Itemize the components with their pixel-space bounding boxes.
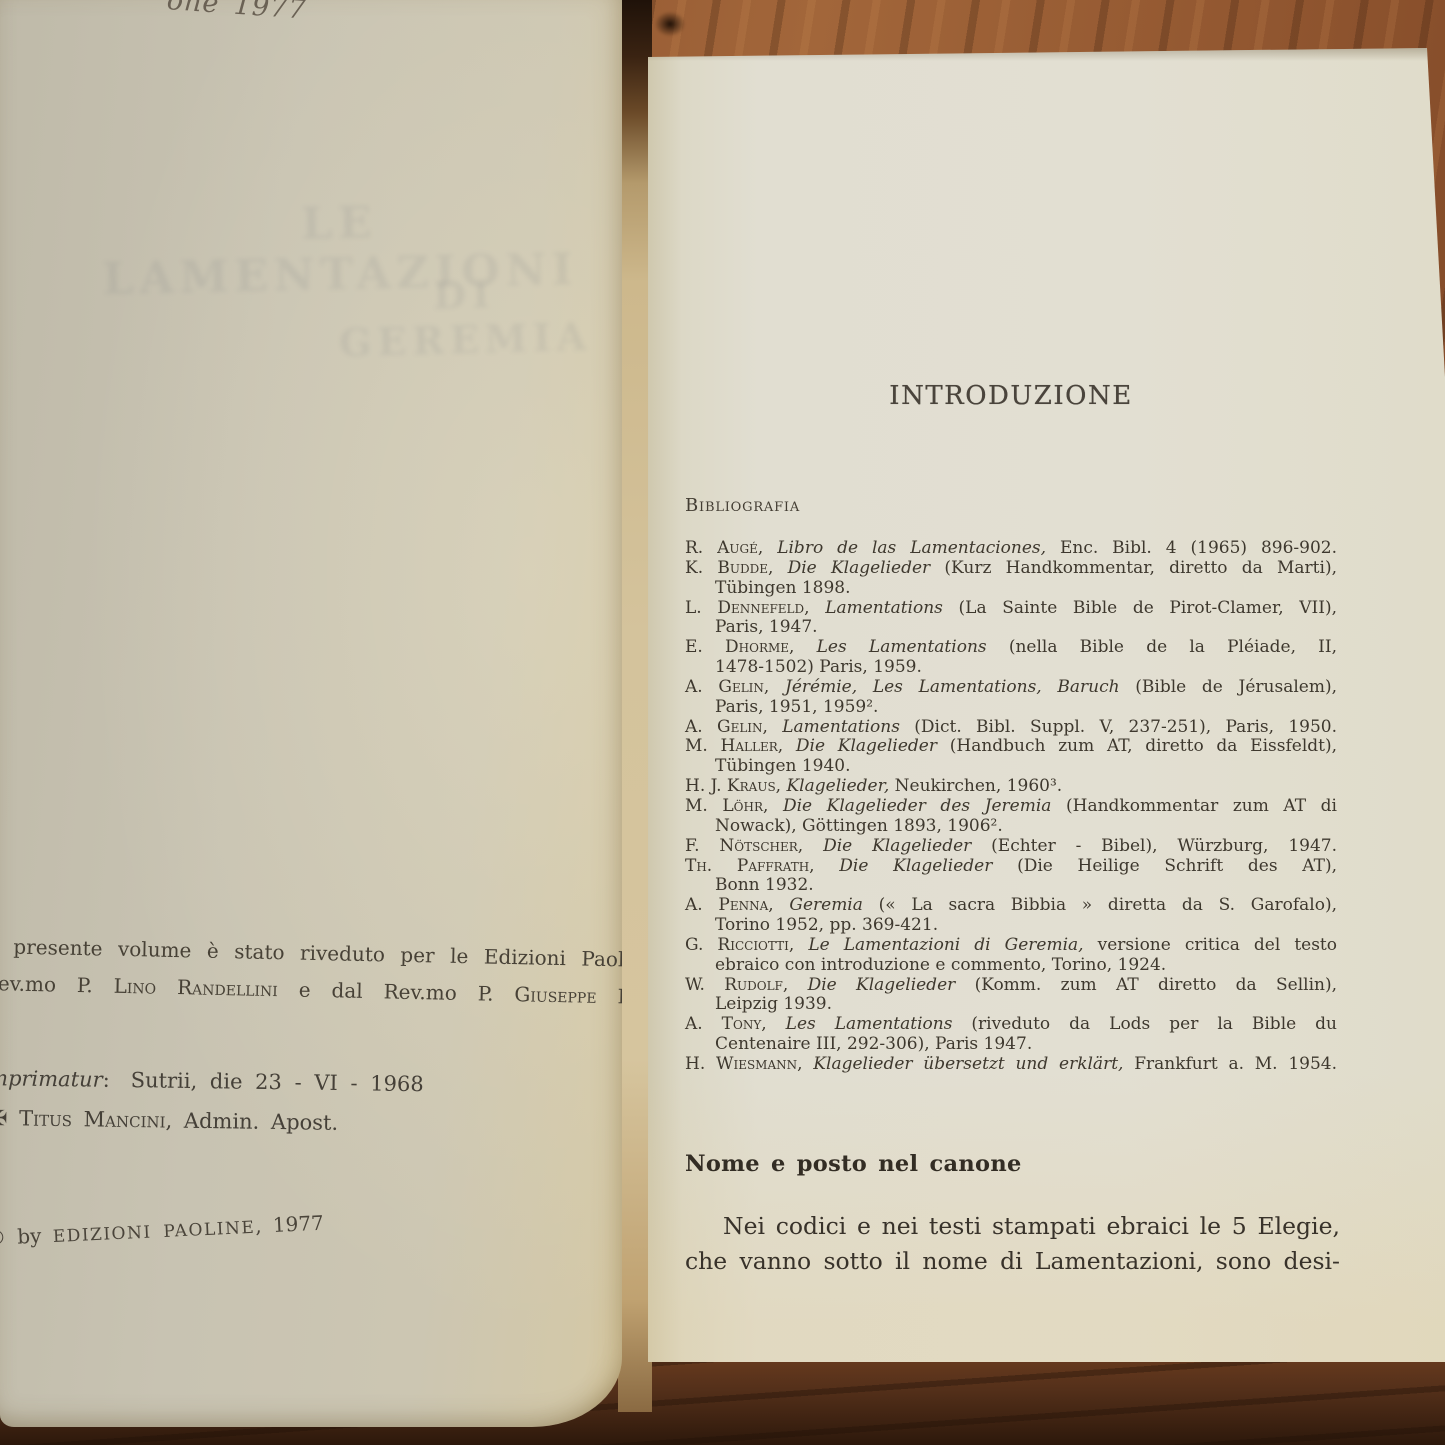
text-run: (Die Heilige Schrift des AT), (992, 856, 1337, 876)
bibliography-line: Nowack), Göttingen 1893, 1906². (685, 817, 1337, 837)
text-run: 1478-1502) Paris, 1959. (715, 657, 922, 677)
bibliography-line: Leipzig 1939. (685, 995, 1337, 1015)
text-run: (Dict. Bibl. Suppl. V, 237-251), Paris, … (900, 717, 1337, 737)
text-run: Enc. Bibl. 4 (1965) 896-902. (1046, 538, 1337, 558)
text-run: K. Budde, (685, 558, 773, 578)
text-run: A. Gelin, (685, 677, 769, 697)
text-run: Jérémie, Les Lamentations, Baruch (769, 677, 1119, 697)
text-run: Die Klagelieder (788, 975, 955, 995)
text-run: Tübingen 1898. (715, 578, 851, 598)
text-run: Les Lamentations (767, 1014, 953, 1034)
book-photo: { "palette": { "wood_brown": "#8f5530", … (0, 0, 1445, 1445)
text-run: Lamentations (768, 717, 900, 737)
text-run: E. Dhorme, (685, 637, 794, 657)
text-run: Lino Randellini (113, 974, 278, 1001)
bibliography-line: L. Dennefeld, Lamentations (La Sainte Bi… (685, 599, 1337, 619)
text-run: H. J. Kraus, (685, 776, 781, 796)
ghost-showthrough-text: DI GEREMIA (299, 268, 622, 367)
text-run: Die Klagelieder (815, 856, 993, 876)
text-run: A. Penna, (685, 895, 774, 915)
bibliography-line: Paris, 1951, 1959². (685, 698, 1337, 718)
text-run: (nella Bible de la Pléiade, II, (987, 637, 1337, 657)
text-run: Paris, 1951, 1959². (715, 697, 878, 717)
text-run: Klagelieder, (781, 776, 889, 796)
imprimatur-line: Imprimatur: Sutrii, die 23 - VI - 1968 (0, 1066, 480, 1097)
page-title: INTRODUZIONE (685, 381, 1337, 411)
text-run: Le Lamentazioni di Geremia, (794, 935, 1083, 955)
text-run: EDIZIONI PAOLINE (52, 1218, 255, 1247)
text-run: Neukirchen, 1960³. (889, 776, 1062, 796)
text-run: Imprimatur (0, 1066, 103, 1092)
bibliography-line: Centenaire III, 292-306), Paris 1947. (685, 1035, 1337, 1055)
text-run: , 1977 (255, 1211, 325, 1238)
copyright-line: © by EDIZIONI PAOLINE, 1977 (0, 1207, 406, 1250)
text-run: (Handkommentar zum AT di (1051, 796, 1337, 816)
bibliography-line: G. Ricciotti, Le Lamentazioni di Geremia… (685, 936, 1337, 956)
text-run: (Bible de Jérusalem), (1120, 677, 1337, 697)
bibliography-line: Th. Paffrath, Die Klagelieder (Die Heili… (685, 857, 1337, 877)
text-run: Die Klagelieder (803, 836, 971, 856)
text-run: Geremia (774, 895, 863, 915)
text-run: Lamentations (810, 598, 943, 618)
text-run: M. Löhr, (685, 796, 768, 816)
bibliography-line: H. J. Kraus, Klagelieder, Neukirchen, 19… (685, 777, 1337, 797)
text-run: Paris, 1947. (715, 617, 818, 637)
text-run: Die Klagelieder des Jeremia (768, 796, 1051, 816)
review-note: Il presente volume è stato riveduto per … (0, 928, 622, 1016)
bibliography-line: M. Haller, Die Klagelieder (Handbuch zum… (685, 737, 1337, 757)
bibliography-line: Tübingen 1940. (685, 757, 1337, 777)
bibliography-line: ebraico con introduzione e commento, Tor… (685, 956, 1337, 976)
text-run: Die Klagelieder (783, 736, 937, 756)
text-run: Torino 1952, pp. 369-421. (715, 915, 938, 935)
bibliography-line: M. Löhr, Die Klagelieder des Jeremia (Ha… (685, 797, 1337, 817)
approval-line: ✠ Titus Mancini, Admin. Apost. (0, 1106, 510, 1137)
text-run: (Komm. zum AT diretto da Sellin), (955, 975, 1337, 995)
wood-knot (648, 6, 692, 42)
text-run: L. Dennefeld, (685, 598, 810, 618)
text-run: e dal Rev.mo P. (278, 977, 515, 1006)
text-run: F. Nötscher, (685, 836, 803, 856)
bibliography-line: A. Tony, Les Lamentations (riveduto da L… (685, 1015, 1337, 1035)
text-run: R. Augé, (685, 538, 763, 558)
bibliography-line: Paris, 1947. (685, 618, 1337, 638)
text-run: ✠ (0, 1106, 19, 1130)
text-run: Giuseppe Ben (514, 982, 622, 1009)
subheading: Nome e posto nel canone (685, 1151, 1022, 1177)
text-run: Die Klagelieder (773, 558, 930, 578)
body-paragraph: Nei codici e nei testi stampati ebraici … (685, 1209, 1340, 1279)
text-run: versione critica del testo (1084, 935, 1337, 955)
bibliography-line: R. Augé, Libro de las Lamentaciones, Enc… (685, 539, 1337, 559)
bibliography-line: K. Budde, Die Klagelieder (Kurz Handkomm… (685, 559, 1337, 579)
text-run: Titus Mancini (19, 1106, 166, 1132)
page-gutter (618, 0, 652, 1412)
text-run: Rev.mo P. (0, 971, 114, 998)
text-run: , Admin. Apost. (165, 1108, 338, 1134)
text-run: ebraico con introduzione e commento, Tor… (715, 955, 1166, 975)
text-run: Klagelieder übersetzt und erklärt, (803, 1054, 1124, 1074)
text-run: Centenaire III, 292-306), Paris 1947. (715, 1034, 1032, 1054)
text-run: G. Ricciotti, (685, 935, 794, 955)
right-page: INTRODUZIONE Bibliografia R. Augé, Libro… (648, 47, 1445, 1362)
text-run: : Sutrii, die 23 - VI - 1968 (102, 1068, 423, 1096)
bibliography-line: Bonn 1932. (685, 876, 1337, 896)
bibliography-line: Tübingen 1898. (685, 579, 1337, 599)
text-run: W. Rudolf, (685, 975, 788, 995)
bibliography-line: A. Gelin, Jérémie, Les Lamentations, Bar… (685, 678, 1337, 698)
text-run: (La Sainte Bible de Pirot-Clamer, VII), (943, 598, 1337, 618)
text-run: (riveduto da Lods per la Bible du (952, 1014, 1337, 1034)
bibliography-line: Torino 1952, pp. 369-421. (685, 916, 1337, 936)
text-run: A. Gelin, (685, 717, 768, 737)
text-run: A. Tony, (685, 1014, 767, 1034)
text-run: Frankfurt a. M. 1954. (1123, 1054, 1337, 1074)
text-run: (Echter - Bibel), Würzburg, 1947. (971, 836, 1337, 856)
edition-year-fragment: one 1977 (166, 0, 308, 26)
text-run: Nowack), Göttingen 1893, 1906². (715, 816, 1003, 836)
text-run: © by (0, 1223, 53, 1250)
bibliografia-label: Bibliografia (685, 495, 800, 516)
text-run: (Kurz Handkommentar, diretto da Marti), (930, 558, 1337, 578)
text-run: Tübingen 1940. (715, 756, 851, 776)
bibliography-line: W. Rudolf, Die Klagelieder (Komm. zum AT… (685, 976, 1337, 996)
text-run: (« La sacra Bibbia » diretta da S. Garof… (863, 895, 1337, 915)
bibliography-line: A. Penna, Geremia (« La sacra Bibbia » d… (685, 896, 1337, 916)
bibliography-line: A. Gelin, Lamentations (Dict. Bibl. Supp… (685, 718, 1337, 738)
text-run: M. Haller, (685, 736, 783, 756)
bibliography-line: H. Wiesmann, Klagelieder übersetzt und e… (685, 1055, 1337, 1075)
text-run: H. Wiesmann, (685, 1054, 803, 1074)
text-run: (Handbuch zum AT, diretto da Eissfeldt), (937, 736, 1337, 756)
text-run: Th. Paffrath, (685, 856, 815, 876)
text-run: Libro de las Lamentaciones, (763, 538, 1046, 558)
left-page: one 1977 LE LAMENTAZIONI DI GEREMIA Il p… (0, 0, 622, 1427)
body-line: Nei codici e nei testi stampati ebraici … (685, 1209, 1340, 1244)
text-run: Leipzig 1939. (715, 994, 832, 1014)
bibliography-line: F. Nötscher, Die Klagelieder (Echter - B… (685, 837, 1337, 857)
text-run: Bonn 1932. (715, 875, 814, 895)
text-run: Les Lamentations (794, 637, 986, 657)
bibliography-line: 1478-1502) Paris, 1959. (685, 658, 1337, 678)
body-line: che vanno sotto il nome di Lamentazioni,… (685, 1244, 1340, 1279)
bibliography-line: E. Dhorme, Les Lamentations (nella Bible… (685, 638, 1337, 658)
bibliography: R. Augé, Libro de las Lamentaciones, Enc… (685, 539, 1337, 1075)
